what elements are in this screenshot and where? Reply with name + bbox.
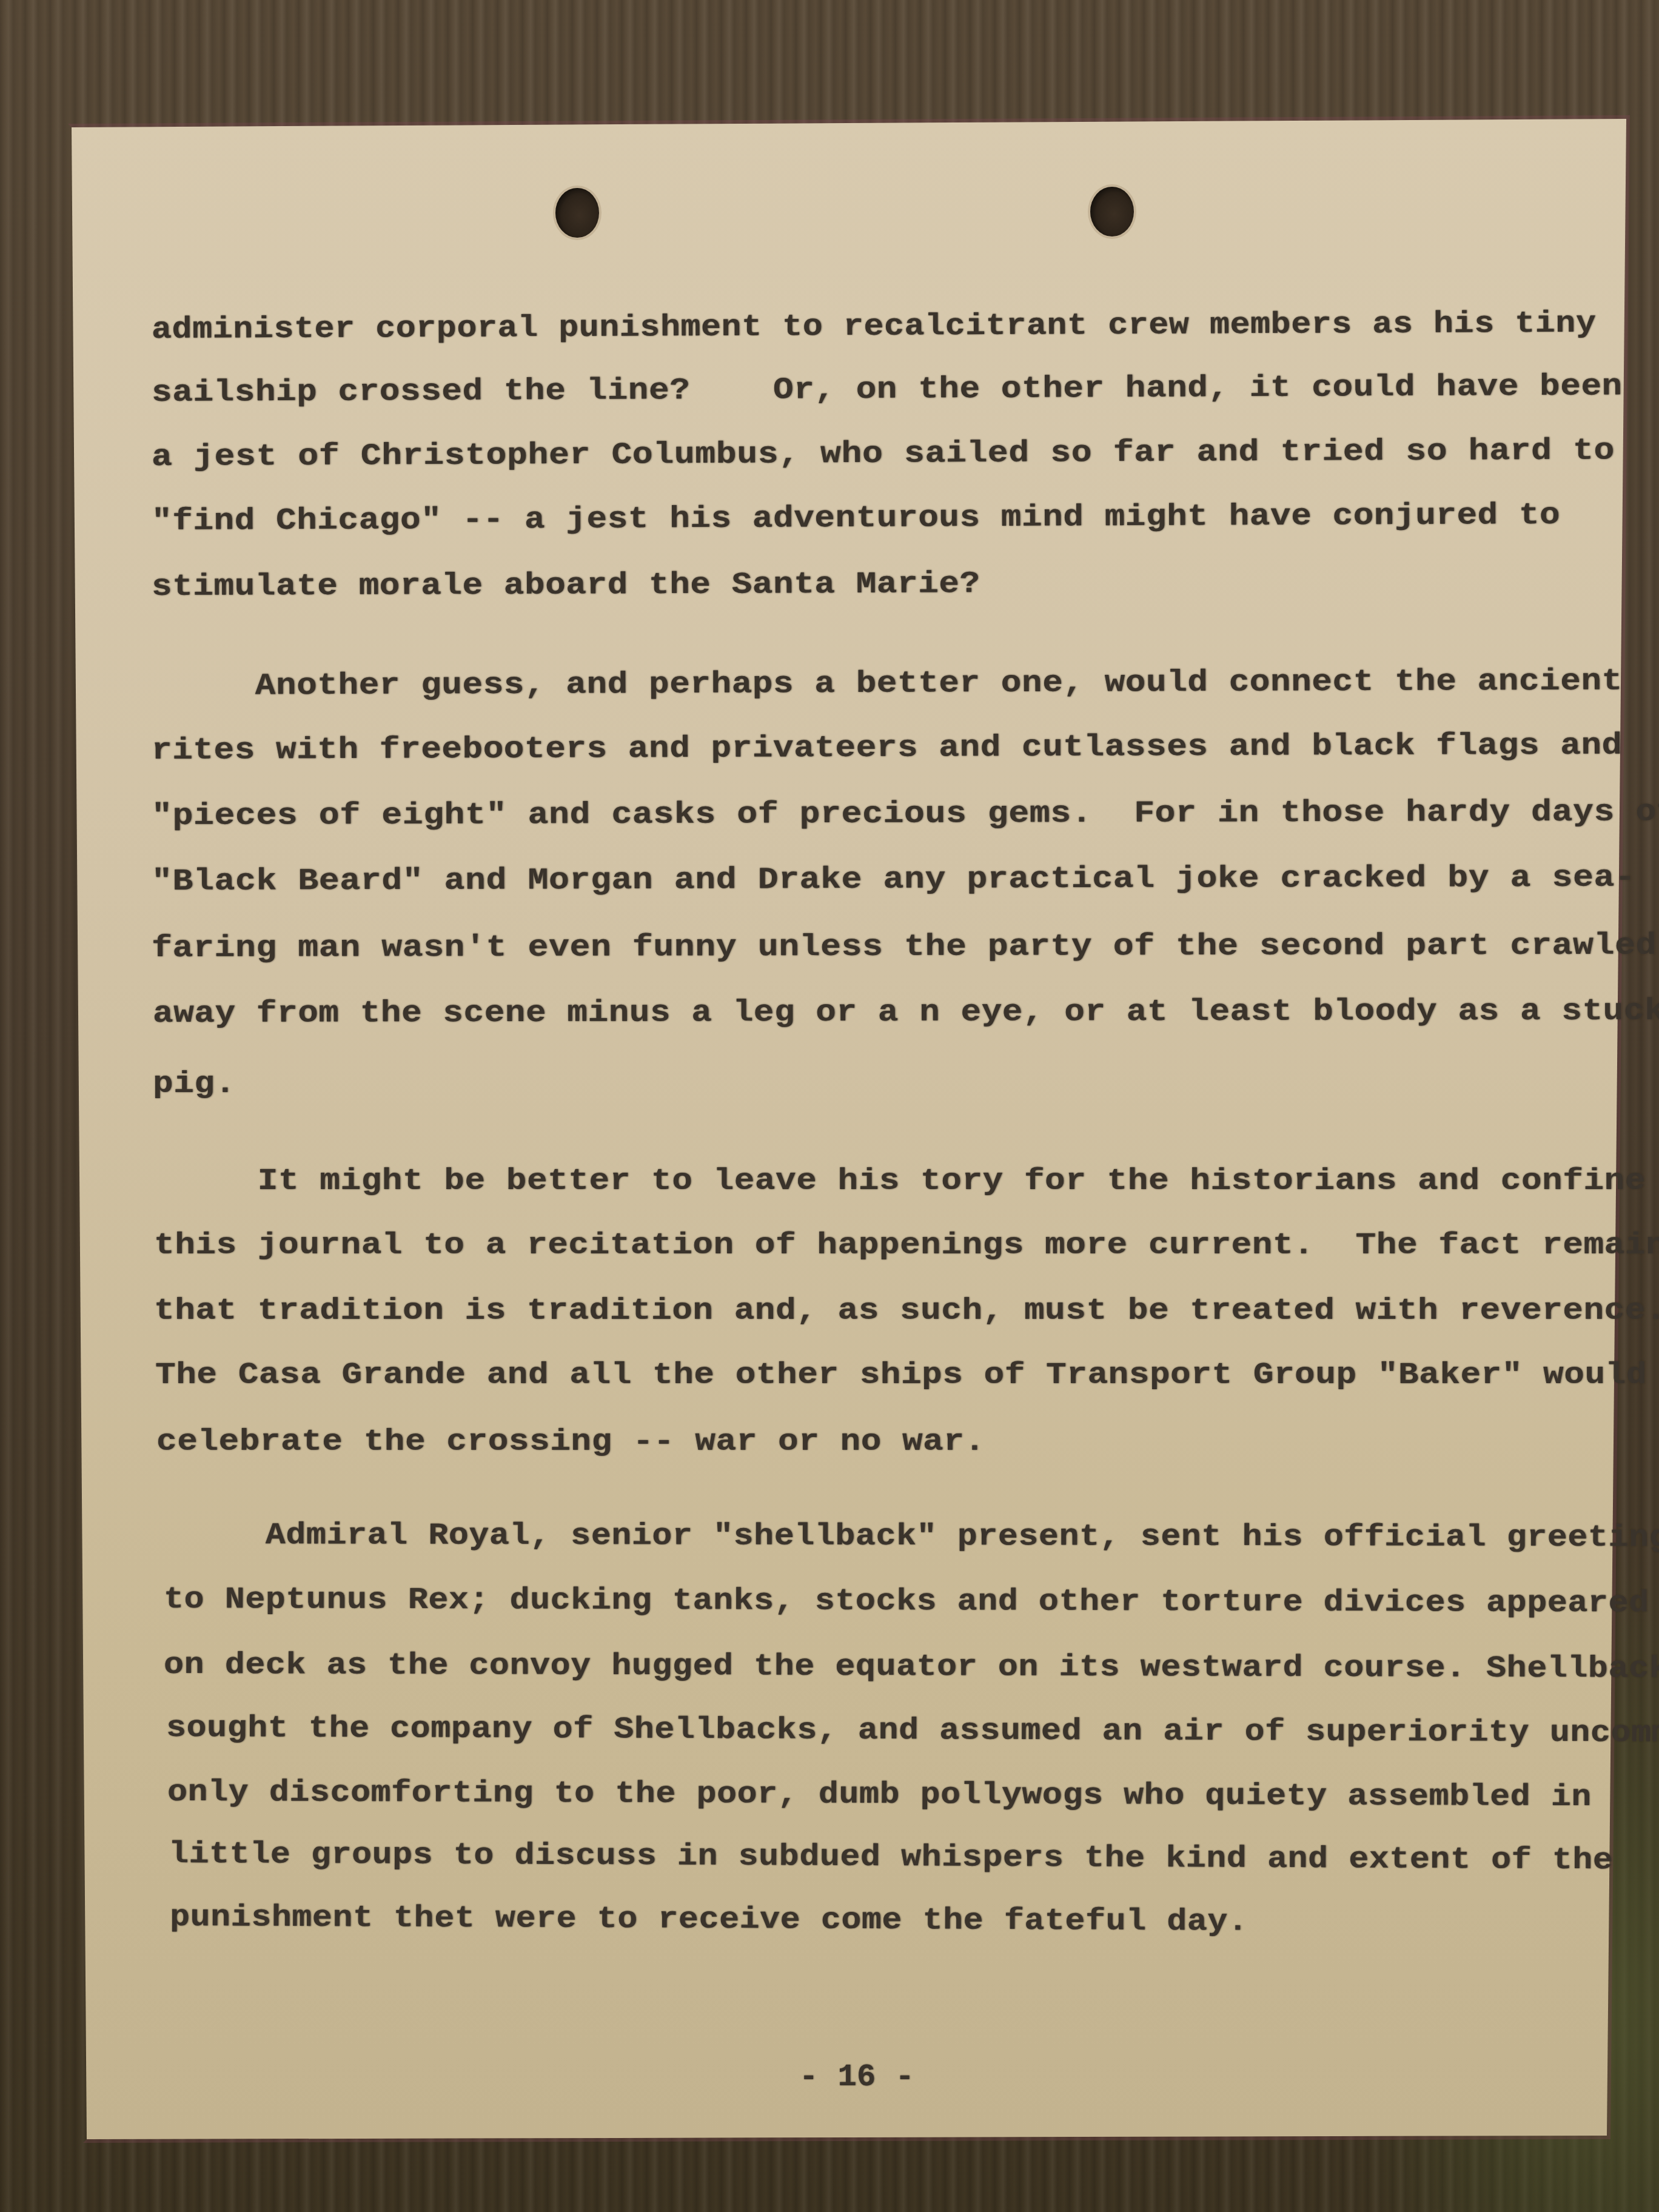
text-line: celebrate the crossing -- war or no war. xyxy=(156,1427,985,1458)
text-line: rites with freebooters and privateers an… xyxy=(152,731,1623,766)
text-line: that tradition is tradition and, as such… xyxy=(154,1296,1659,1327)
text-line: "Black Beard" and Morgan and Drake any p… xyxy=(152,863,1636,897)
text-line: Admiral Royal, senior "shellback" presen… xyxy=(164,1521,1659,1553)
text-line: "find Chicago" -- a jest his adventurous… xyxy=(152,501,1560,537)
text-line: on deck as the convoy hugged the equator… xyxy=(164,1651,1659,1685)
text-line: sailship crossed the line? Or, on the ot… xyxy=(152,372,1623,409)
text-line: faring man wasn't even funny unless the … xyxy=(152,931,1657,964)
text-line: "pieces of eight" and casks of precious … xyxy=(152,797,1659,832)
text-line: sought the company of Shellbacks, and as… xyxy=(166,1714,1659,1749)
text-line: It might be better to leave his tory for… xyxy=(154,1167,1646,1197)
page-number: - 16 - xyxy=(799,2059,914,2095)
text-line: The Casa Grande and all the other ships … xyxy=(155,1361,1647,1391)
text-line: a jest of Christopher Columbus, who sail… xyxy=(152,436,1615,473)
page-text: administer corporal punishment to recalc… xyxy=(0,0,1659,2212)
text-line: little groups to discuss in subdued whis… xyxy=(169,1840,1614,1876)
text-line: only discomforting to the poor, dumb pol… xyxy=(167,1778,1592,1813)
text-line: punishment thet were to receive come the… xyxy=(170,1903,1248,1938)
text-line: Another guess, and perhaps a better one,… xyxy=(152,667,1623,702)
text-line: to Neptunus Rex; ducking tanks, stocks a… xyxy=(164,1585,1649,1619)
text-line: this journal to a recitation of happenin… xyxy=(154,1231,1659,1261)
text-line: pig. xyxy=(153,1070,236,1100)
text-line: away from the scene minus a leg or a n e… xyxy=(153,997,1659,1030)
text-line: stimulate morale aboard the Santa Marie? xyxy=(152,569,980,603)
text-line: administer corporal punishment to recalc… xyxy=(152,309,1597,346)
